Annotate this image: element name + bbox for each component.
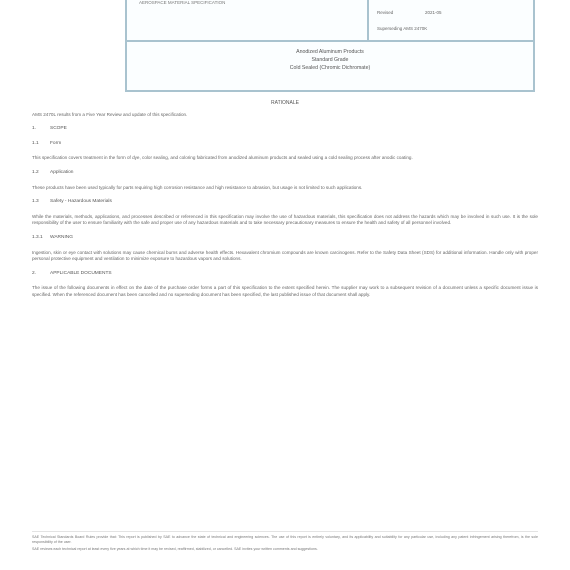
section-number: 2. [32, 271, 50, 278]
section-title: WARNING [50, 235, 73, 240]
section-heading: 1.1Form [32, 141, 538, 148]
superseding-row: Superseding AMS 2470K [377, 26, 427, 31]
section-title: Application [50, 170, 73, 175]
title-block-left-cell: AEROSPACE MATERIAL SPECIFICATION [127, 0, 369, 40]
document-title: Anodized Aluminum Products Standard Grad… [127, 42, 533, 90]
superseding-label: Superseding AMS 2470K [377, 26, 427, 31]
section-heading: 1.2Application [32, 170, 538, 177]
section-number: 1.3.1 [32, 235, 50, 242]
rationale-heading: RATIONALE [32, 100, 538, 107]
footer: SAE Technical Standards Board Rules prov… [32, 535, 538, 554]
paragraph: Ingestion, skin or eye contact with solu… [32, 250, 538, 263]
title-block-top: AEROSPACE MATERIAL SPECIFICATION Revised… [127, 0, 533, 42]
title-block: AEROSPACE MATERIAL SPECIFICATION Revised… [125, 0, 535, 92]
section-title: APPLICABLE DOCUMENTS [50, 271, 112, 276]
paragraph: This specification covers treatment in t… [32, 155, 538, 162]
title-line-1: Anodized Aluminum Products [127, 48, 533, 56]
paragraph: These products have been used typically … [32, 185, 538, 192]
paragraph: While the materials, methods, applicatio… [32, 214, 538, 227]
section-number: 1. [32, 126, 50, 133]
spec-type-label: AEROSPACE MATERIAL SPECIFICATION [139, 0, 225, 5]
revised-row: Revised 2021-05 [377, 10, 393, 15]
footer-line-1: SAE Technical Standards Board Rules prov… [32, 535, 538, 545]
section-number: 1.3 [32, 199, 50, 206]
section-title: Form [50, 141, 61, 146]
rationale-text: AMS 2470L results from a Five Year Revie… [32, 112, 538, 119]
section-heading: 1.3Safety - Hazardous Materials [32, 199, 538, 206]
section-title: SCOPE [50, 126, 67, 131]
section-number: 1.2 [32, 170, 50, 177]
section-heading: 2.APPLICABLE DOCUMENTS [32, 271, 538, 278]
revised-label: Revised [377, 10, 393, 15]
revised-value: 2021-05 [425, 10, 442, 15]
section-number: 1.1 [32, 141, 50, 148]
title-line-2: Standard Grade [127, 56, 533, 64]
footer-line-2: SAE reviews each technical report at lea… [32, 547, 538, 552]
paragraph: The issue of the following documents in … [32, 285, 538, 298]
title-block-right-cell: Revised 2021-05 Superseding AMS 2470K [369, 0, 533, 40]
title-line-3: Cold Sealed (Chromic Dichromate) [127, 64, 533, 72]
section-heading: 1.SCOPE [32, 126, 538, 133]
document-body: RATIONALE AMS 2470L results from a Five … [32, 100, 538, 307]
sections: 1.SCOPE1.1FormThis specification covers … [32, 126, 538, 298]
section-title: Safety - Hazardous Materials [50, 199, 112, 204]
footer-divider [32, 531, 538, 532]
section-heading: 1.3.1WARNING [32, 235, 538, 242]
